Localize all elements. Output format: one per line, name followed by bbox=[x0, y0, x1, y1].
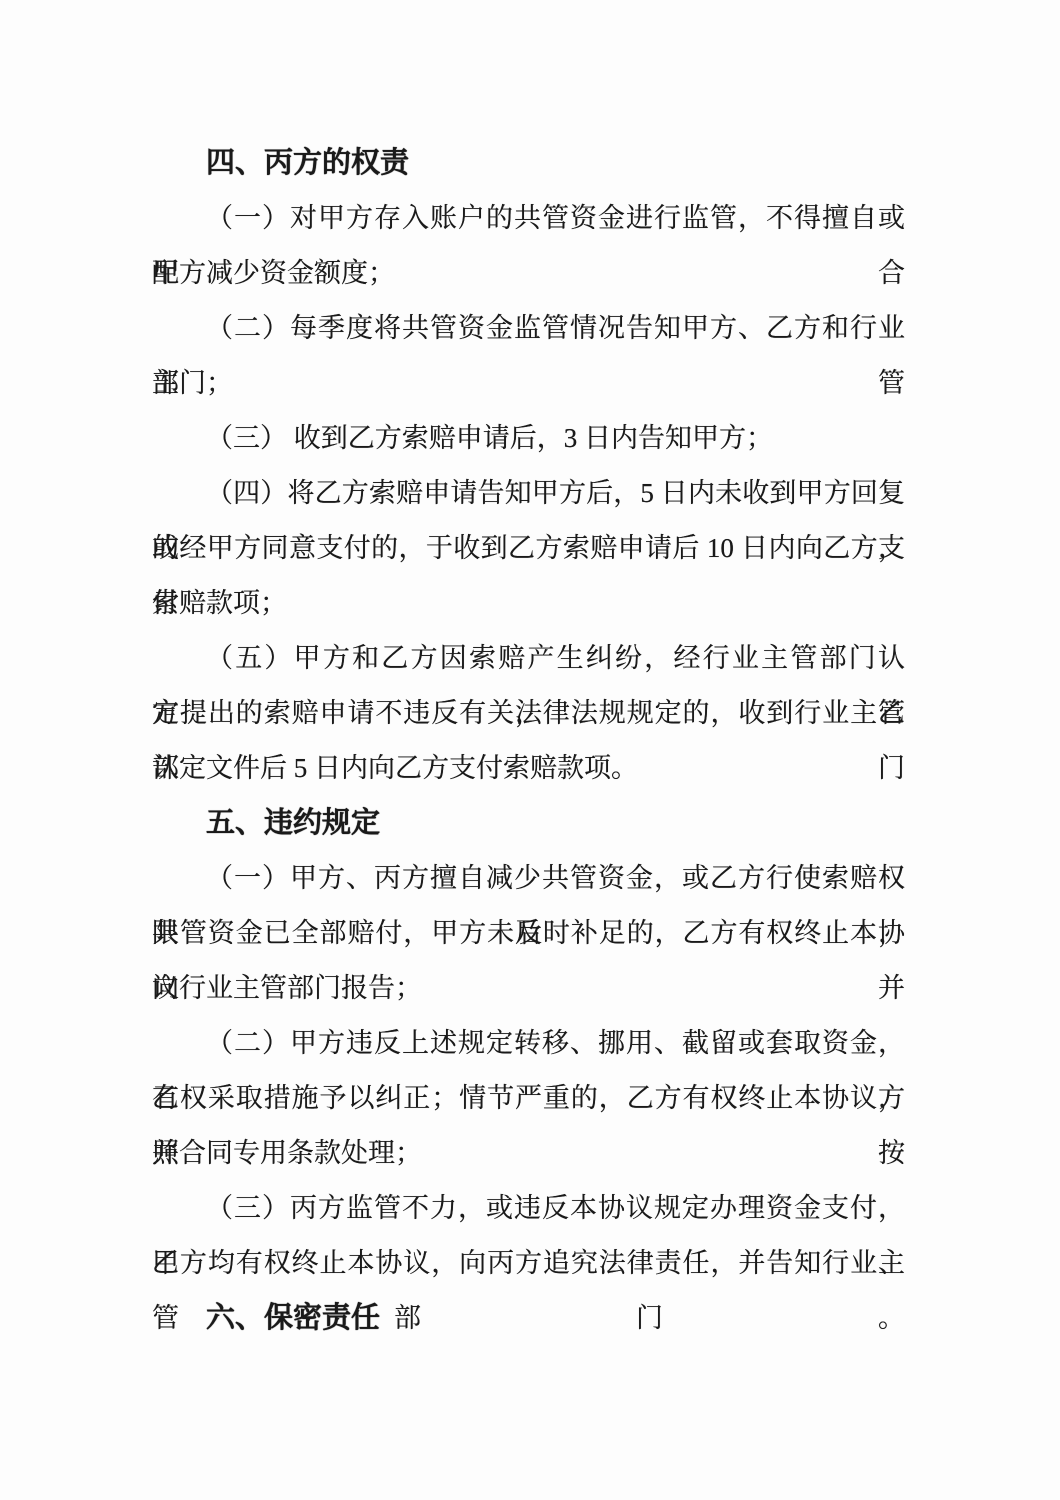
section-4-clause-1-line-1: （一）对甲方存入账户的共管资金进行监管，不得擅自或配合 bbox=[152, 191, 905, 246]
section-5-clause-3-line-1: （三）丙方监管不力，或违反本协议规定办理资金支付，甲、 bbox=[152, 1181, 905, 1236]
section-4-clause-4-line-2: 或经甲方同意支付的，于收到乙方索赔申请后 10 日内向乙方支付 bbox=[152, 521, 905, 576]
scanned-document-page: 四、丙方的权责 （一）对甲方存入账户的共管资金进行监管，不得擅自或配合 甲方减少… bbox=[0, 0, 1060, 1500]
section-5-clause-1-line-2: 共管资金已全部赔付，甲方未及时补足的，乙方有权终止本协议并 bbox=[152, 906, 905, 961]
section-5-clause-3-line-2: 乙方均有权终止本协议，向丙方追究法律责任，并告知行业主管部门。 bbox=[152, 1236, 905, 1291]
section-5-clause-2-line-2: 有权采取措施予以纠正；情节严重的，乙方有权终止本协议，并按 bbox=[152, 1071, 905, 1126]
section-5-heading: 五、违约规定 bbox=[152, 796, 905, 851]
section-4-clause-4-line-3: 索赔款项； bbox=[152, 576, 905, 631]
section-4-clause-2-line-1: （二）每季度将共管资金监管情况告知甲方、乙方和行业主管 bbox=[152, 301, 905, 356]
section-4-clause-3-line-1: （三） 收到乙方索赔申请后，3 日内告知甲方； bbox=[152, 411, 905, 466]
section-5-clause-1-line-1: （一）甲方、丙方擅自减少共管资金，或乙方行使索赔权限后， bbox=[152, 851, 905, 906]
section-4-clause-5-line-1: （五）甲方和乙方因索赔产生纠纷，经行业主管部门认定，乙 bbox=[152, 631, 905, 686]
section-4-heading: 四、丙方的权责 bbox=[152, 136, 905, 191]
section-4-clause-4-line-1: （四）将乙方索赔申请告知甲方后，5 日内未收到甲方回复的， bbox=[152, 466, 905, 521]
section-4-clause-5-line-2: 方提出的索赔申请不违反有关法律法规规定的，收到行业主管部门 bbox=[152, 686, 905, 741]
section-5-clause-2-line-1: （二）甲方违反上述规定转移、挪用、截留或套取资金，乙方 bbox=[152, 1016, 905, 1071]
